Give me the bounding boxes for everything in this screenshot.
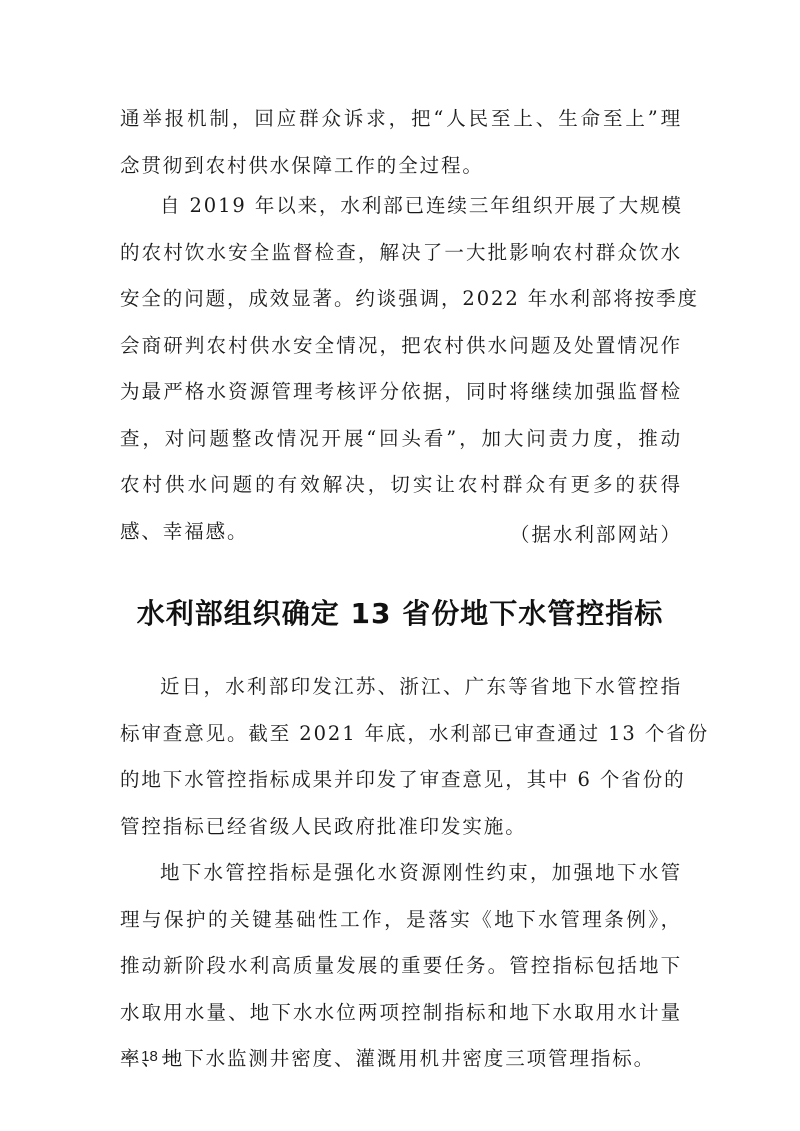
text-line: 的农村饮水安全监督检查，解决了一大批影响农村群众饮水 <box>120 230 682 277</box>
text-line: 近日，水利部印发江苏、浙江、广东等省地下水管控指 <box>120 664 682 711</box>
text-line: 标审查意见。截至 2021 年底，水利部已审查通过 13 个省份 <box>120 711 682 758</box>
article-paragraph-2: 地下水管控指标是强化水资源刚性约束，加强地下水管 理与保护的关键基础性工作，是落… <box>120 850 682 1083</box>
text-line: 为最严格水资源管理考核评分依据，同时将继续加强监督检 <box>120 369 682 416</box>
page-number: — 18 — <box>122 1048 177 1065</box>
text-line: 水取用水量、地下水水位两项控制指标和地下水取用水计量 <box>120 990 682 1037</box>
text-line: 地下水管控指标是强化水资源刚性约束，加强地下水管 <box>120 850 682 897</box>
text-line: 自 2019 年以来，水利部已连续三年组织开展了大规模 <box>120 183 682 230</box>
text-line: 理与保护的关键基础性工作，是落实《地下水管理条例》， <box>120 897 682 944</box>
text-line: 会商研判农村供水安全情况，把农村供水问题及处置情况作 <box>120 323 682 370</box>
text-line: 安全的问题，成效显著。约谈强调，2022 年水利部将按季度 <box>120 276 682 323</box>
document-page: 通举报机制，回应群众诉求，把“人民至上、生命至上”理 念贯彻到农村供水保障工作的… <box>0 0 800 1131</box>
article-headline: 水利部组织确定 13 省份地下水管控指标 <box>0 592 800 632</box>
text-line: 管控指标已经省级人民政府批准印发实施。 <box>120 804 682 851</box>
text-line: 推动新阶段水利高质量发展的重要任务。管控指标包括地下 <box>120 943 682 990</box>
text-line: 查，对问题整改情况开展“回头看”，加大问责力度，推动 <box>120 416 682 463</box>
article-paragraph-1: 近日，水利部印发江苏、浙江、广东等省地下水管控指 标审查意见。截至 2021 年… <box>120 664 682 850</box>
paragraph-rural-water-inspection: 自 2019 年以来，水利部已连续三年组织开展了大规模 的农村饮水安全监督检查，… <box>120 183 682 555</box>
text-line: 的地下水管控指标成果并印发了审查意见，其中 6 个省份的 <box>120 757 682 804</box>
text-line: 率、地下水监测井密度、灌溉用机井密度三项管理指标。 <box>120 1036 682 1083</box>
text-line: 农村供水问题的有效解决，切实让农村群众有更多的获得 <box>120 462 682 509</box>
paragraph-continuation: 通举报机制，回应群众诉求，把“人民至上、生命至上”理 念贯彻到农村供水保障工作的… <box>120 96 682 189</box>
source-note: （据水利部网站） <box>510 519 682 547</box>
text-line: 通举报机制，回应群众诉求，把“人民至上、生命至上”理 <box>120 96 682 143</box>
